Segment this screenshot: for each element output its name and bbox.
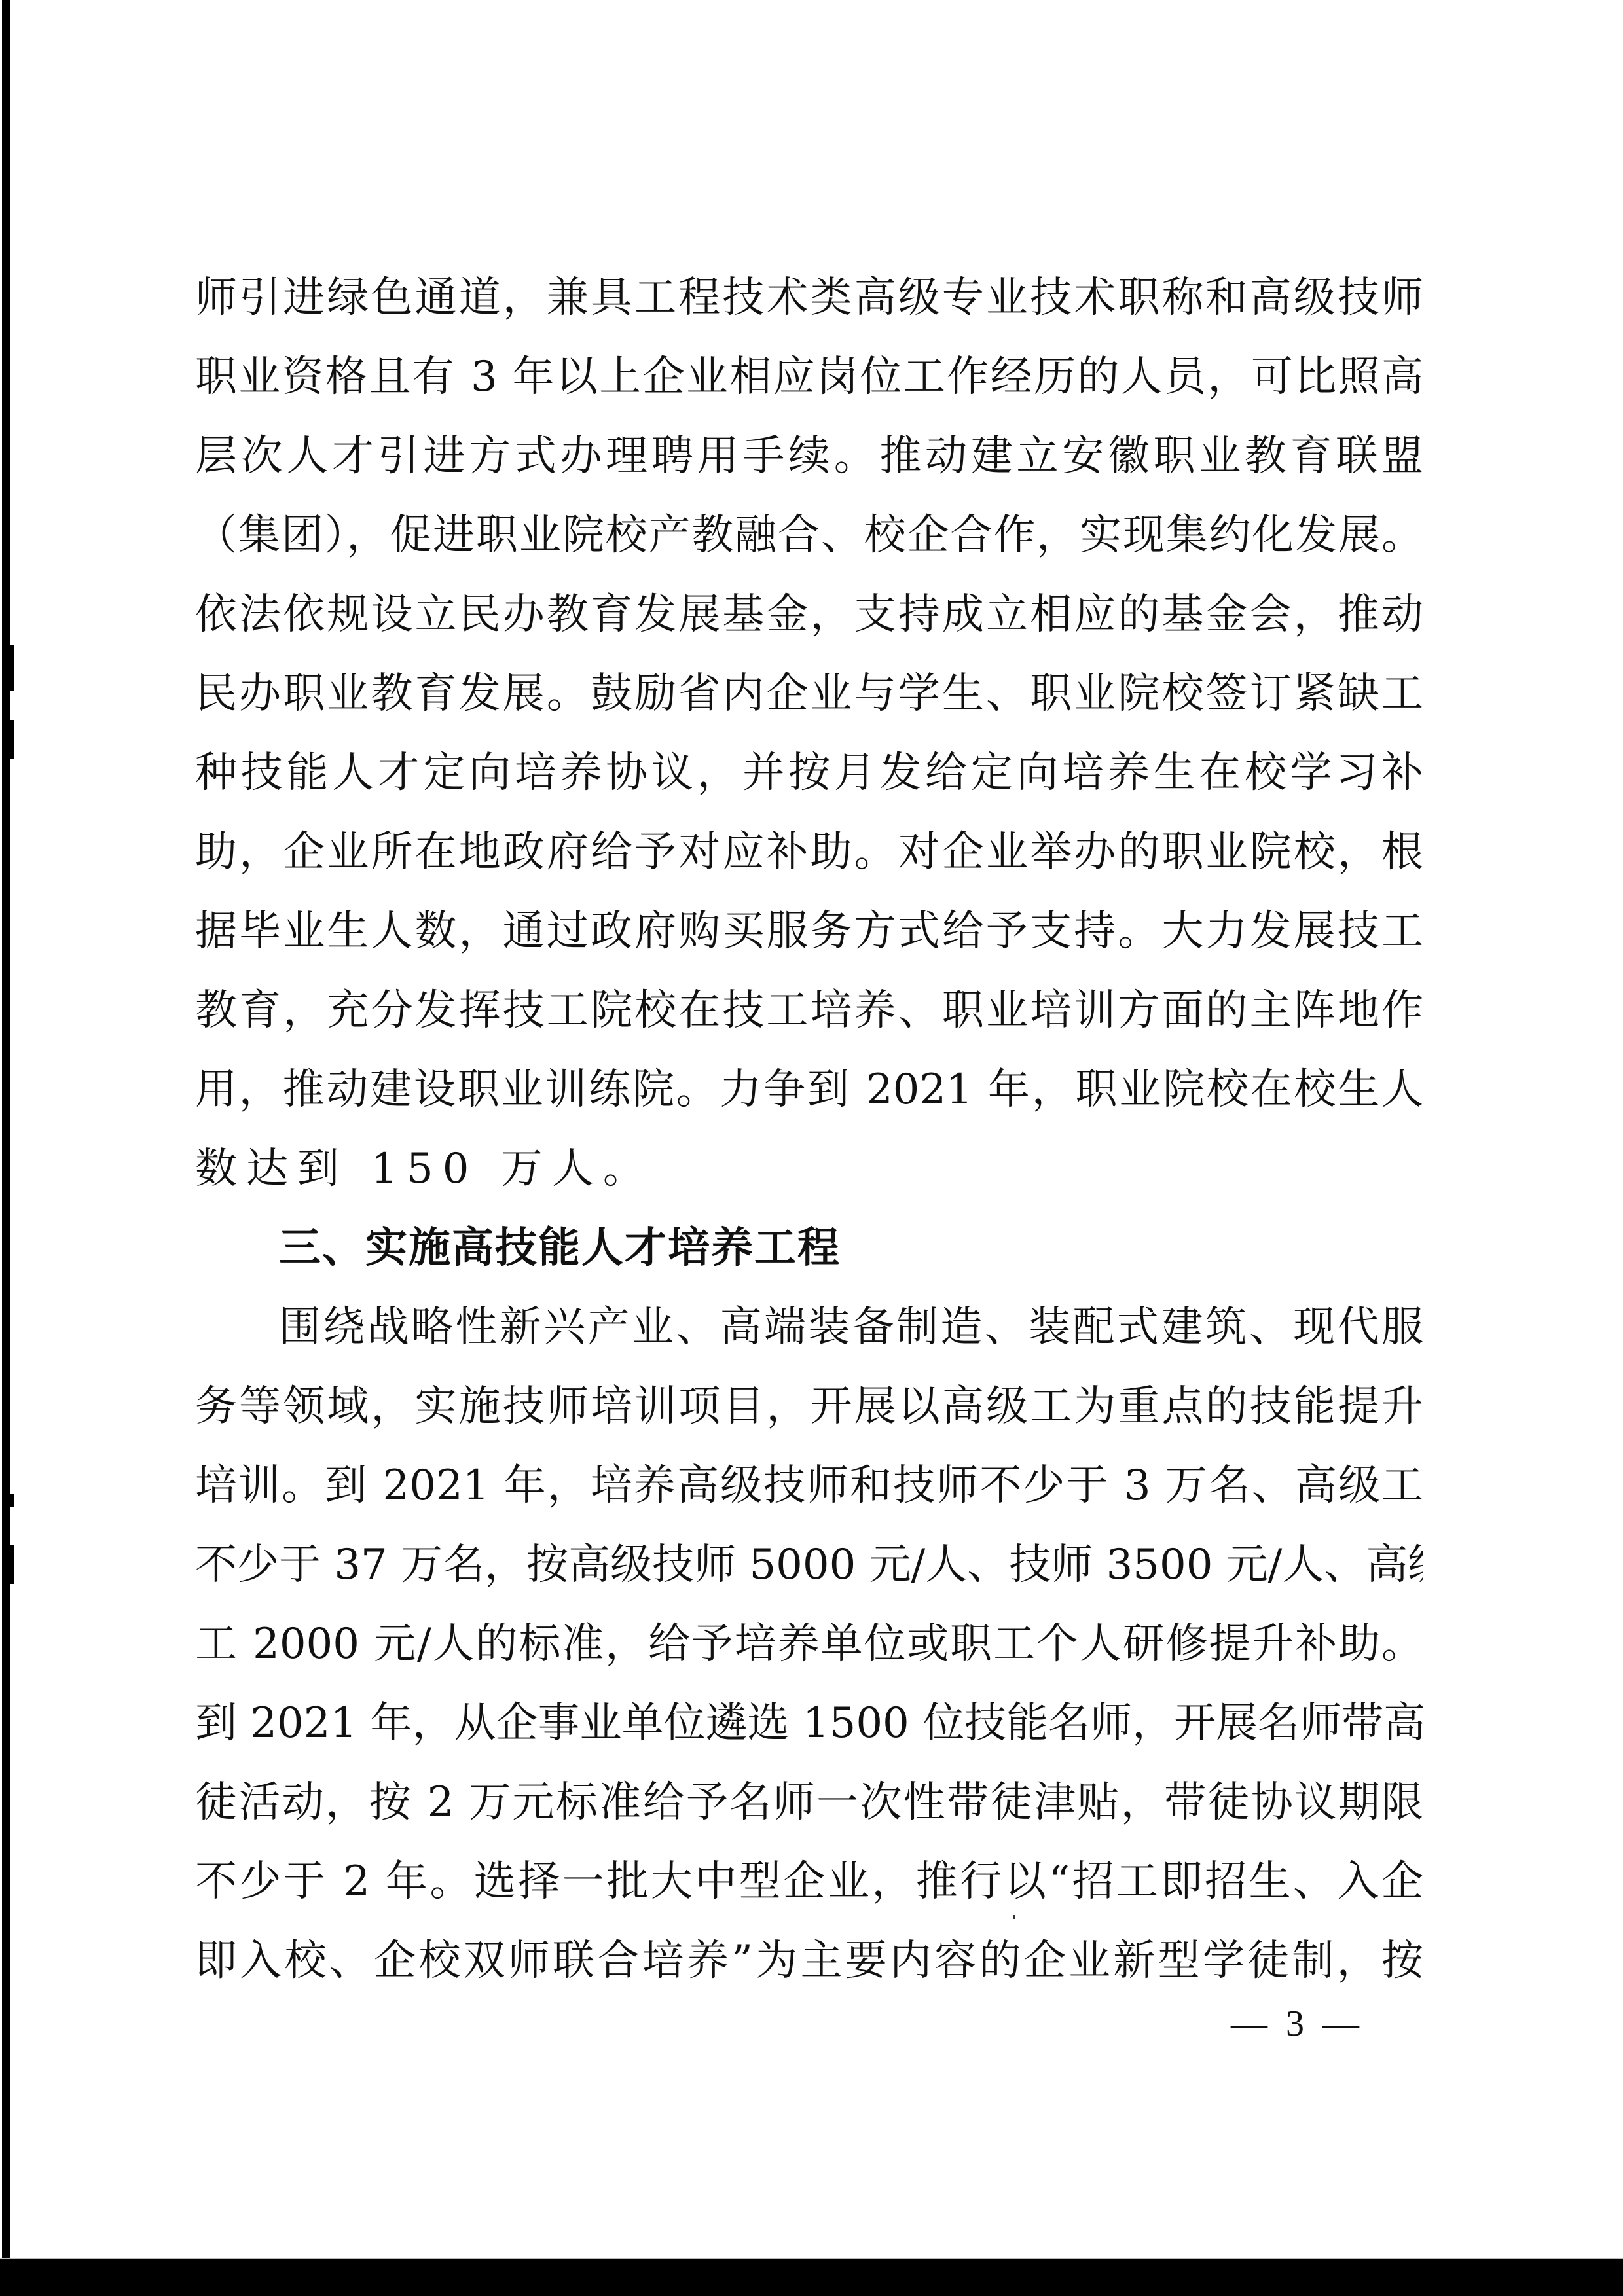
text-line: 务等领域，实施技师培训项目，开展以高级工为重点的技能提升 bbox=[195, 1367, 1423, 1446]
paragraph-section-3: 围绕战略性新兴产业、高端装备制造、装配式建筑、现代服 务等领域，实施技师培训项目… bbox=[195, 1288, 1423, 2001]
text-line: 师引进绿色通道，兼具工程技术类高级专业技术职称和高级技师 bbox=[195, 259, 1423, 338]
text-line: 种技能人才定向培养协议，并按月发给定向培养生在校学习补 bbox=[195, 734, 1423, 813]
text-line: 徒活动，按 2 万元标准给予名师一次性带徒津贴，带徒协议期限 bbox=[195, 1763, 1423, 1842]
paragraph-continued: 师引进绿色通道，兼具工程技术类高级专业技术职称和高级技师 职业资格且有 3 年以… bbox=[195, 259, 1423, 1209]
text-line: 教育，充分发挥技工院校在技工培养、职业培训方面的主阵地作 bbox=[195, 971, 1423, 1050]
text-line: 不少于 2 年。选择一批大中型企业，推行以“招工即招生、入企 bbox=[195, 1842, 1423, 1922]
scan-border-artifact bbox=[9, 1494, 14, 1507]
section-heading: 三、实施高技能人才培养工程 bbox=[195, 1209, 1423, 1288]
text-line: 依法依规设立民办教育发展基金，支持成立相应的基金会，推动 bbox=[195, 575, 1423, 655]
text-line: 数达到 150 万人。 bbox=[195, 1130, 1423, 1209]
scan-border-artifact bbox=[9, 720, 14, 759]
text-line: 不少于 37 万名，按高级技师 5000 元/人、技师 3500 元/人、高级 bbox=[195, 1526, 1423, 1605]
text-line: 培训。到 2021 年，培养高级技师和技师不少于 3 万名、高级工 bbox=[195, 1446, 1423, 1526]
text-line: 助，企业所在地政府给予对应补助。对企业举办的职业院校，根 bbox=[195, 813, 1423, 892]
text-line: 民办职业教育发展。鼓励省内企业与学生、职业院校签订紧缺工 bbox=[195, 655, 1423, 734]
scan-border-artifact bbox=[9, 1545, 14, 1584]
text-line: 层次人才引进方式办理聘用手续。推动建立安徽职业教育联盟 bbox=[195, 417, 1423, 496]
scan-bottom-band bbox=[0, 2258, 1623, 2296]
text-line: 到 2021 年，从企事业单位遴选 1500 位技能名师，开展名师带高 bbox=[195, 1684, 1423, 1763]
text-line: 即入校、企校双师联合培养”为主要内容的企业新型学徒制，按 bbox=[195, 1922, 1423, 2001]
text-line: 工 2000 元/人的标准，给予培养单位或职工个人研修提升补助。 bbox=[195, 1605, 1423, 1684]
scan-speck bbox=[1013, 1915, 1015, 1919]
text-line: 据毕业生人数，通过政府购买服务方式给予支持。大力发展技工 bbox=[195, 892, 1423, 971]
scan-left-border bbox=[2, 0, 10, 2258]
text-line: 围绕战略性新兴产业、高端装备制造、装配式建筑、现代服 bbox=[195, 1288, 1423, 1367]
scan-border-artifact bbox=[9, 645, 14, 691]
page-number: — 3 — bbox=[1231, 2003, 1359, 2045]
text-line: 用，推动建设职业训练院。力争到 2021 年，职业院校在校生人 bbox=[195, 1050, 1423, 1130]
text-line: （集团），促进职业院校产教融合、校企合作，实现集约化发展。 bbox=[195, 496, 1423, 575]
text-line: 职业资格且有 3 年以上企业相应岗位工作经历的人员，可比照高 bbox=[195, 338, 1423, 417]
document-page-body: 师引进绿色通道，兼具工程技术类高级专业技术职称和高级技师 职业资格且有 3 年以… bbox=[195, 259, 1423, 2001]
